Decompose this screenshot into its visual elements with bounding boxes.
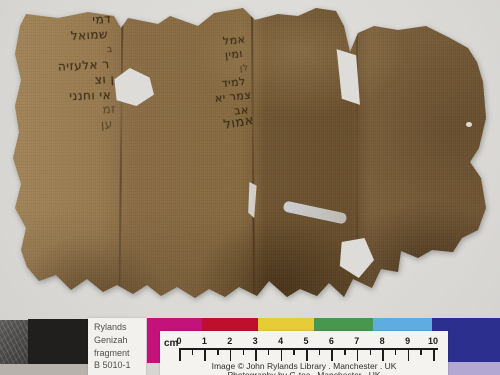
ruler-tick-minor [395, 348, 397, 355]
ruler-card: cm 012345678910 Image © John Rylands Lib… [160, 331, 448, 375]
ruler-tick-minor [243, 348, 245, 355]
ruler-tick-minor [319, 348, 321, 355]
ruler-number: 8 [374, 336, 390, 346]
fold-crack-left [119, 18, 124, 290]
label-line: Rylands [94, 321, 146, 334]
tear-gap-left [110, 68, 154, 106]
ruler-tick-major [179, 348, 181, 361]
label-line: Genizah [94, 334, 146, 347]
ruler-number: 4 [273, 336, 289, 346]
ruler-tick-major [281, 348, 283, 361]
ruler-tick-major [382, 348, 384, 361]
ruler-tick-major [331, 348, 333, 361]
ruler-number: 2 [222, 336, 238, 346]
ruler-number: 0 [171, 336, 187, 346]
ruler-tick-major [255, 348, 257, 361]
hebrew-text-column-left: דמישמואלבר אלעזיהן וצאי וחנניזמען [25, 12, 117, 136]
tear-hole-bottom [336, 238, 374, 278]
photo-canvas: דמישמואלבר אלעזיהן וצאי וחנניזמען אמלומי… [0, 0, 500, 375]
ruler-tick-minor [293, 348, 295, 355]
ruler-tick-minor [217, 348, 219, 355]
grayscale-textured-patch [0, 320, 30, 364]
ruler-tick-minor [268, 348, 270, 355]
tear-speck [466, 122, 472, 127]
credit-line-2: Photography by G-tec . Manchester . UK [160, 370, 448, 375]
grayscale-light-strip [0, 364, 88, 375]
ruler-tick-minor [370, 348, 372, 355]
ruler-tick-minor [420, 348, 422, 355]
ruler-tick-major [357, 348, 359, 361]
ruler-tick-major [408, 348, 410, 361]
ruler-number: 7 [349, 336, 365, 346]
ruler-tick-major [433, 348, 435, 361]
ruler-number: 10 [425, 336, 441, 346]
ruler-tick-major [306, 348, 308, 361]
hebrew-text-column-middle: אמלומיןלןלמידצמר יאאבאמול [175, 33, 255, 138]
ruler-tick-minor [192, 348, 194, 355]
ruler-number: 3 [247, 336, 263, 346]
ruler-tick-major [230, 348, 232, 361]
conservation-tape [283, 200, 348, 224]
ruler-tick-major [204, 348, 206, 361]
hebrew-line: ען [30, 117, 117, 136]
fold-crack-middle [251, 14, 255, 294]
fragment-label-card: RylandsGenizahfragmentB 5010-1 [88, 318, 146, 375]
label-line: fragment [94, 347, 146, 360]
grayscale-black-patch [28, 319, 88, 364]
ruler-number: 9 [400, 336, 416, 346]
ruler-tick-minor [344, 348, 346, 355]
ruler-number: 6 [323, 336, 339, 346]
ruler-number: 5 [298, 336, 314, 346]
ruler-number: 1 [196, 336, 212, 346]
tear-sliver [247, 182, 259, 218]
lavender-patch [448, 362, 500, 375]
label-line: B 5010-1 [94, 359, 146, 372]
